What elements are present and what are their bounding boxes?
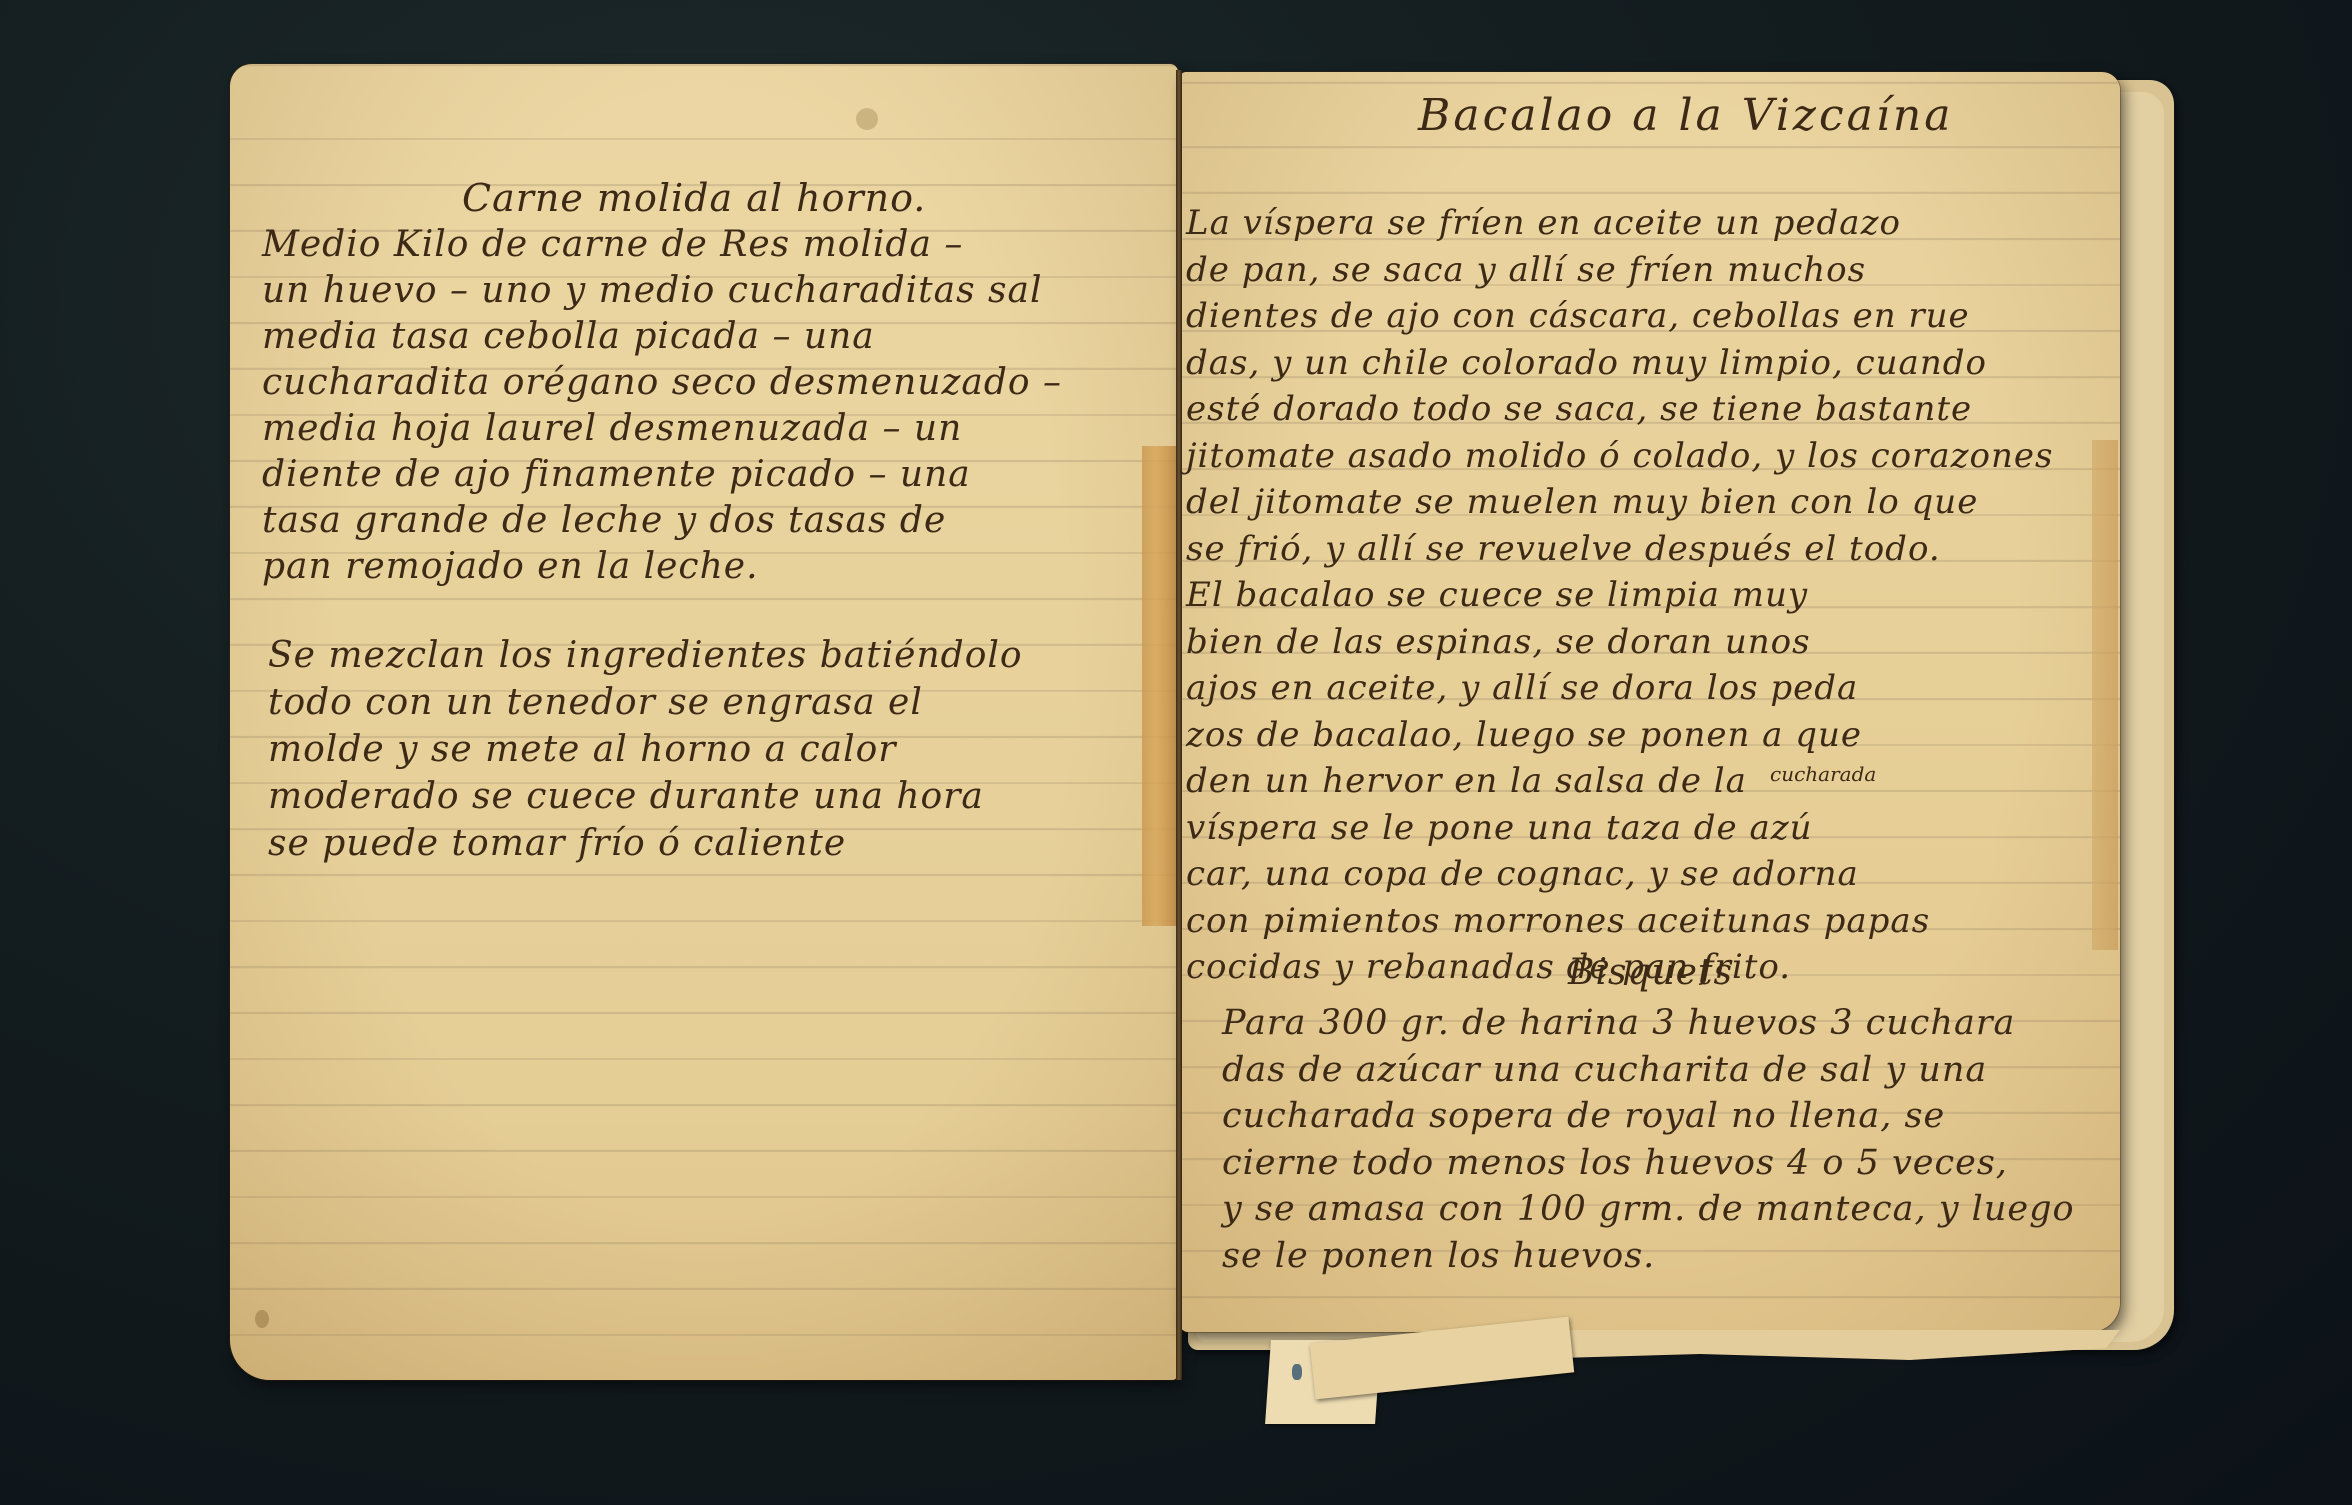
instruction-line: todo con un tenedor se engrasa el	[268, 679, 1023, 726]
instructions-paragraph: Se mezclan los ingredientes batiéndolo t…	[268, 632, 1023, 867]
recipe-title-bisquets: Bisquets	[1568, 952, 1733, 993]
recipe-line: das de azúcar una cucharita de sal y una	[1222, 1047, 2075, 1094]
tape-strip-right	[2092, 440, 2118, 950]
instruction-line: se puede tomar frío ó caliente	[268, 820, 1023, 867]
ingredient-line: tasa grande de leche y dos tasas de	[262, 498, 1062, 544]
recipe-line: Para 300 gr. de harina 3 huevos 3 cuchar…	[1222, 1000, 2075, 1047]
recipe-line: víspera se le pone una taza de azú	[1186, 805, 2053, 852]
ingredient-line: media tasa cebolla picada – una	[262, 314, 1062, 360]
recipe-line: ajos en aceite, y allí se dora los peda	[1186, 665, 2053, 712]
ingredient-line: media hoja laurel desmenuzada – un	[262, 406, 1062, 452]
ingredient-line: un huevo – uno y medio cucharaditas sal	[262, 268, 1062, 314]
ingredient-line: cucharadita orégano seco desmenuzado –	[262, 360, 1062, 406]
binding-gutter	[1176, 70, 1182, 1380]
recipe-line: El bacalao se cuece se limpia muy	[1186, 572, 2053, 619]
recipe-line: bien de las espinas, se doran unos	[1186, 619, 2053, 666]
recipe-line: y se amasa con 100 grm. de manteca, y lu…	[1222, 1186, 2075, 1233]
bisquets-paragraph: Para 300 gr. de harina 3 huevos 3 cuchar…	[1222, 1000, 2075, 1279]
recipe-line: con pimientos morrones aceitunas papas	[1186, 898, 2053, 945]
recipe-line: cierne todo menos los huevos 4 o 5 veces…	[1222, 1140, 2075, 1187]
recipe-line: car, una copa de cognac, y se adorna	[1186, 851, 2053, 898]
recipe-line: das, y un chile colorado muy limpio, cua…	[1186, 340, 2053, 387]
insertion-note: cucharada	[1770, 762, 1876, 786]
paper-stain	[255, 1310, 269, 1328]
recipe-title-carne-molida: Carne molida al horno.	[462, 176, 926, 220]
instruction-line: molde y se mete al horno a calor	[268, 726, 1023, 773]
recipe-line: cucharada sopera de royal no llena, se	[1222, 1093, 2075, 1140]
recipe-line: de pan, se saca y allí se fríen muchos	[1186, 247, 2053, 294]
paper-clip-icon	[1292, 1364, 1302, 1380]
recipe-line: se frió, y allí se revuelve después el t…	[1186, 526, 2053, 573]
instruction-line: Se mezclan los ingredientes batiéndolo	[268, 632, 1023, 679]
ingredients-list: Medio Kilo de carne de Res molida – un h…	[262, 222, 1062, 590]
ingredient-line: pan remojado en la leche.	[262, 544, 1062, 590]
recipe-line: jitomate asado molido ó colado, y los co…	[1186, 433, 2053, 480]
paper-smudge	[856, 108, 878, 130]
recipe-line: del jitomate se muelen muy bien con lo q…	[1186, 479, 2053, 526]
recipe-line: La víspera se fríen en aceite un pedazo	[1186, 200, 2053, 247]
notebook-scan: Carne molida al horno. Medio Kilo de car…	[0, 0, 2352, 1505]
recipe-line: esté dorado todo se saca, se tiene basta…	[1186, 386, 2053, 433]
bacalao-paragraph: La víspera se fríen en aceite un pedazo …	[1186, 200, 2053, 991]
instruction-line: moderado se cuece durante una hora	[268, 773, 1023, 820]
recipe-line: den un hervor en la salsa de la	[1186, 758, 2053, 805]
recipe-line: se le ponen los huevos.	[1222, 1233, 2075, 1280]
ingredient-line: Medio Kilo de carne de Res molida –	[262, 222, 1062, 268]
recipe-line: zos de bacalao, luego se ponen a que	[1186, 712, 2053, 759]
recipe-line: dientes de ajo con cáscara, cebollas en …	[1186, 293, 2053, 340]
ingredient-line: diente de ajo finamente picado – una	[262, 452, 1062, 498]
recipe-title-bacalao: Bacalao a la Vizcaína	[1418, 90, 1954, 141]
tape-strip-left	[1142, 446, 1176, 926]
